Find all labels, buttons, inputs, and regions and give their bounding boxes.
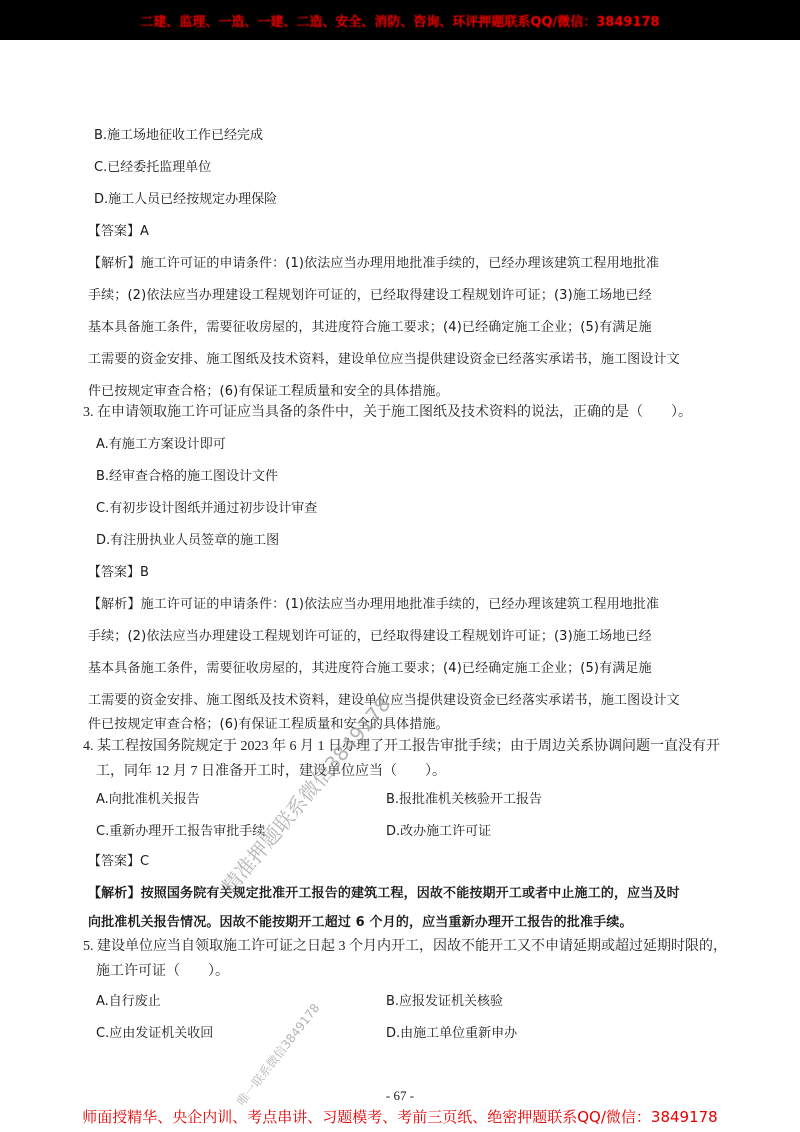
q5-option-c: C.应由发证机关收回 — [96, 1025, 213, 1043]
q3-explanation-line: 手续；(2)依法应当办理建设工程规划许可证的，已经取得建设工程规划许可证；(3)… — [88, 628, 652, 646]
q4-option-a: A.向批准机关报告 — [96, 791, 200, 809]
q4-explanation-line: 向批准机关报告情况。因故不能按期开工超过 6 个月的，应当重新办理开工报告的批准… — [88, 914, 633, 932]
q3-option-b: B.经审查合格的施工图设计文件 — [96, 468, 278, 486]
q5-stem-line: 5. 建设单位应当自领取施工许可证之日起 3 个月内开工，因故不能开工又不申请延… — [83, 938, 727, 956]
q4-stem-line: 4. 某工程按国务院规定于 2023 年 6 月 1 日办理了开工报告审批手续；… — [83, 738, 720, 756]
q4-answer: 【答案】C — [88, 853, 149, 871]
q4-stem-line: 工，同年 12 月 7 日准备开工时，建设单位应当（ ）。 — [96, 763, 446, 781]
q5-option-d: D.由施工单位重新申办 — [386, 1025, 517, 1043]
footer-banner: 师面授精华、央企内训、考点串讲、习题模考、考前三页纸、绝密押题联系QQ/微信：3… — [0, 1106, 800, 1127]
q4-option-b: B.报批准机关核验开工报告 — [386, 791, 542, 809]
q5-option-a: A.自行废止 — [96, 993, 161, 1011]
q3-explanation-line: 基本具备施工条件，需要征收房屋的，其进度符合施工要求；(4)已经确定施工企业；(… — [88, 660, 652, 678]
q3-stem: 3. 在申请领取施工许可证应当具备的条件中，关于施工图纸及技术资料的说法，正确的… — [83, 404, 692, 422]
q2-explanation-line: 件已按规定审查合格；(6)有保证工程质量和安全的具体措施。 — [88, 383, 449, 401]
q4-explanation-line: 【解析】按照国务院有关规定批准开工报告的建筑工程，因故不能按期开工或者中止施工的… — [88, 885, 680, 903]
q2-option-b: B.施工场地征收工作已经完成 — [94, 127, 263, 145]
page-number: - 67 - — [0, 1088, 800, 1104]
q3-explanation-line: 【解析】施工许可证的申请条件：(1)依法应当办理用地批准手续的，已经办理该建筑工… — [88, 596, 659, 614]
q5-stem-line: 施工许可证（ ）。 — [96, 963, 229, 981]
q2-explanation-line: 手续；(2)依法应当办理建设工程规划许可证的，已经取得建设工程规划许可证；(3)… — [88, 287, 652, 305]
q3-option-c: C.有初步设计图纸并通过初步设计审查 — [96, 500, 317, 518]
q2-answer: 【答案】A — [88, 223, 149, 241]
q2-explanation-line: 【解析】施工许可证的申请条件：(1)依法应当办理用地批准手续的，已经办理该建筑工… — [88, 255, 659, 273]
q4-option-c: C.重新办理开工报告审批手续 — [96, 823, 265, 841]
q3-answer: 【答案】B — [88, 564, 149, 582]
q2-option-d: D.施工人员已经按规定办理保险 — [94, 191, 277, 209]
q4-option-d: D.改办施工许可证 — [386, 823, 491, 841]
q3-option-a: A.有施工方案设计即可 — [96, 436, 226, 454]
q2-option-c: C.已经委托监理单位 — [94, 159, 211, 177]
q3-option-d: D.有注册执业人员签章的施工图 — [96, 532, 279, 550]
q2-explanation-line: 基本具备施工条件，需要征收房屋的，其进度符合施工要求；(4)已经确定施工企业；(… — [88, 319, 652, 337]
q5-option-b: B.应报发证机关核验 — [386, 993, 503, 1011]
q3-explanation-line: 件已按规定审查合格；(6)有保证工程质量和安全的具体措施。 — [88, 716, 449, 734]
q2-explanation-line: 工需要的资金安排、施工图纸及技术资料，建设单位应当提供建设资金已经落实承诺书，施… — [88, 351, 680, 369]
document-page: B.施工场地征收工作已经完成 C.已经委托监理单位 D.施工人员已经按规定办理保… — [0, 0, 800, 1132]
